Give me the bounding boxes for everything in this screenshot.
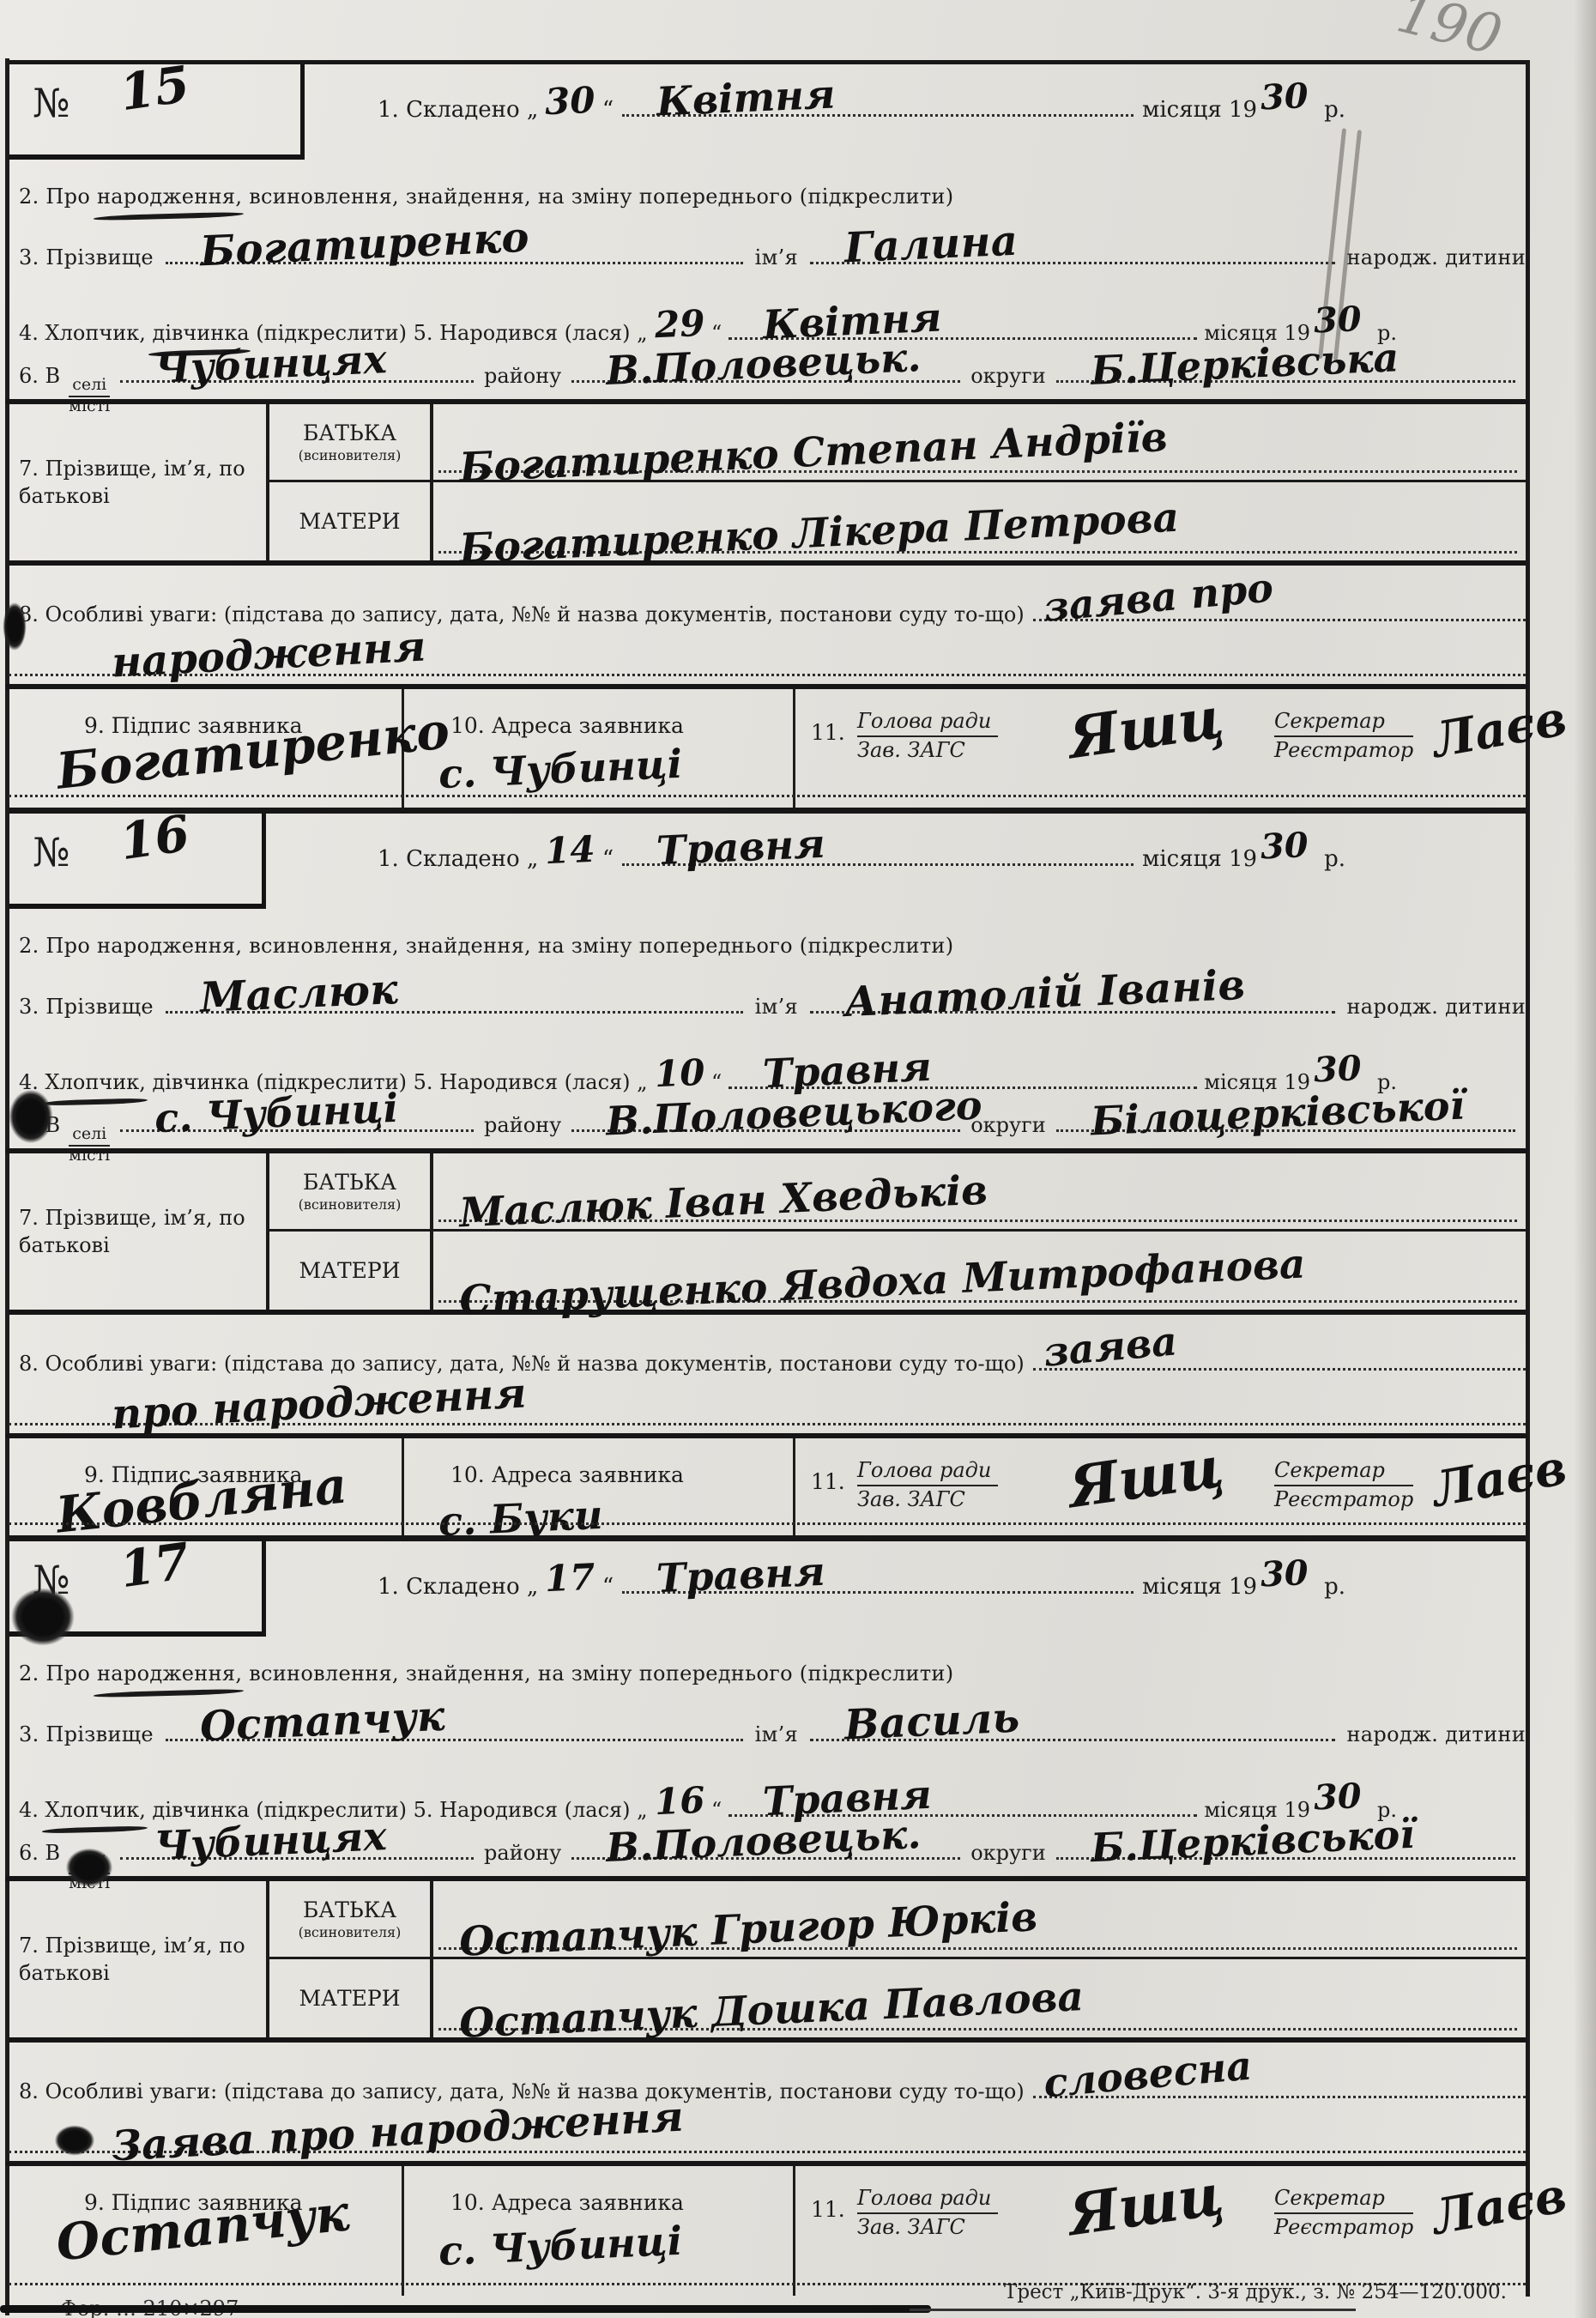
registrar-signature: Лаєв [1428,2167,1570,2246]
father-name: Остапчук Григор Юрків [458,1893,1038,1965]
composed-date-line: 1. Складено „ 30 “ Квітня місяця 19 30 р… [378,83,1345,125]
parents-label: 7. Прізвище, ім’я, по батькові [9,1153,266,1310]
head-signature: Яшц [1064,2161,1227,2248]
signatures-row: 9. Підпис заявника Богатиренко 10. Адрес… [9,689,1526,808]
event-word: народження, [97,1661,242,1686]
born-year: 30 [1313,1775,1375,1818]
composed-year: 30 [1260,75,1321,118]
birth-place: с. Чубинці [154,1085,399,1141]
head-of-council-label: Голова ради Зав. ЗАГС [857,2185,998,2240]
boy-word: Хлопчик, [45,1070,146,1094]
number-sign: № [33,829,70,875]
birth-place: Чубинцях [154,336,388,392]
mother-name: Остапчук Дошка Павлова [458,1973,1085,2048]
event-word: народження, [97,185,242,209]
child-surname: Остапчук [199,1692,446,1751]
remarks-line: 8. Особливі уваги: (підстава до запису, … [19,590,1526,626]
composed-month: Травня [656,820,826,875]
scan-bottom-edge-thin [910,2309,1356,2311]
parents-label: 7. Прізвище, ім’я, по батькові [9,404,266,560]
record-number: 15 [117,55,193,123]
ink-blot [3,1581,82,1653]
scan-bottom-edge [0,2305,931,2313]
head-signature: Яшц [1064,684,1227,772]
pencil-page-number: 190 [1391,0,1508,69]
parents-label: 7. Прізвище, ім’я, по батькові [9,1881,266,2037]
remarks-line: 8. Особливі уваги: (підстава до запису, … [19,2067,1526,2103]
birth-record-16: № 16 1. Складено „ 14 “ Травня місяця 19… [9,808,1526,1535]
applicant-address-label: 10. Адреса заявника [450,713,684,738]
signatures-row: 9. Підпис заявника Ковбляна 10. Адреса з… [9,1438,1526,1535]
remarks-line: 8. Особливі уваги: (підстава до запису, … [19,1339,1526,1376]
child-name: Анатолій Іванів [843,961,1246,1026]
parents-section: 7. Прізвище, ім’я, по батькові БАТЬКА (в… [9,1153,1526,1315]
composed-date-line: 1. Складено „ 14 “ Травня місяця 19 30 р… [378,832,1345,875]
printing-house-imprint: Трест „Київ-Друк“. 3-я друк., з. № 254—1… [1004,2281,1507,2303]
remarks: заява [1042,1317,1179,1375]
head-of-council-label: Голова ради Зав. ЗАГС [857,708,998,763]
applicant-address: с. Чубинці [438,741,683,797]
scanned-registry-page: 190 № 15 1. Складено „ 30 “ Квітня місяц… [0,0,1596,2318]
child-surname: Маслюк [199,965,399,1022]
composed-day: 14 [544,828,596,873]
record-number-box: № 16 [9,814,266,909]
record-number: 17 [117,1532,193,1600]
registrar-signature: Лаєв [1428,1439,1570,1518]
secretary-label: Секретар Реєстратор [1274,2185,1413,2240]
head-signature: Яшц [1064,1433,1227,1521]
composed-month: Травня [656,1548,826,1602]
born-year: 30 [1313,1047,1375,1090]
remarks-continued: про народження [111,1369,528,1438]
parents-section: 7. Прізвище, ім’я, по батькові БАТЬКА (в… [9,1881,1526,2043]
secretary-label: Секретар Реєстратор [1274,708,1413,763]
composed-year: 30 [1260,1552,1321,1595]
composed-day: 30 [544,79,596,124]
father-label: БАТЬКА [303,1897,396,1922]
father-label: БАТЬКА [303,1170,396,1195]
secretary-label: Секретар Реєстратор [1274,1457,1413,1512]
birth-place: Чубинцях [154,1813,388,1869]
composed-month: Квітня [656,70,837,124]
registrar-signature: Лаєв [1428,690,1570,769]
record-number: 16 [117,804,193,872]
signatures-row: 9. Підпис заявника Остапчук 10. Адреса з… [9,2166,1526,2296]
composed-day: 17 [544,1556,596,1601]
mother-name: Старущенко Явдоха Митрофанова [458,1241,1306,1325]
event-type-line: 2. Про народження, всиновлення, знайденн… [19,934,953,958]
remarks: заява про [1042,564,1275,630]
applicant-address-label: 10. Адреса заявника [450,2190,684,2215]
remarks: словесна [1042,2043,1254,2107]
girl-word: дівчинка [152,1070,249,1094]
child-name-line: 3. Прізвище Остапчук ім’я Василь народж.… [19,1710,1526,1746]
event-type-line: 2. Про народження, всиновлення, знайденн… [19,185,953,209]
father-name: Маслюк Іван Хведьків [458,1167,988,1238]
ink-blot [0,596,29,657]
remarks-continued: народження [111,622,427,687]
composed-year: 30 [1260,824,1321,867]
child-name-line: 3. Прізвище Богатиренко ім’я Галина наро… [19,233,1526,269]
mother-label: МАТЕРИ [269,1959,430,2037]
form-right-border [1526,60,1530,2297]
born-day: 10 [654,1051,706,1096]
applicant-address: с. Чубинці [438,2218,683,2274]
boy-word: Хлопчик, [45,1798,146,1822]
child-name-line: 3. Прізвище Маслюк ім’я Анатолій Іванів … [19,982,1526,1019]
event-word: народження, [97,934,242,958]
child-surname: Богатиренко [199,214,530,276]
child-name: Василь [843,1694,1021,1750]
boy-word: Хлопчик, [45,321,146,345]
head-of-council-label: Голова ради Зав. ЗАГС [857,1457,998,1512]
event-type-line: 2. Про народження, всиновлення, знайденн… [19,1661,953,1686]
number-sign: № [33,80,70,126]
born-day: 29 [654,302,706,347]
birth-record-15: № 15 1. Складено „ 30 “ Квітня місяця 19… [9,60,1526,808]
child-name: Галина [843,217,1019,273]
composed-date-line: 1. Складено „ 17 “ Травня місяця 19 30 р… [378,1560,1345,1602]
remarks-continued: Заява про народження [111,2093,685,2171]
mother-name: Богатиренко Лікера Петрова [458,494,1180,573]
record-number-box: № 15 [9,64,305,160]
father-name: Богатиренко Степан Андріїв [458,414,1168,492]
born-day: 16 [654,1779,706,1824]
mother-label: МАТЕРИ [269,1232,430,1310]
parents-section: 7. Прізвище, ім’я, по батькові БАТЬКА (в… [9,404,1526,566]
father-label: БАТЬКА [303,421,396,445]
applicant-address-label: 10. Адреса заявника [450,1462,684,1487]
birth-record-17: № 17 1. Складено „ 17 “ Травня місяця 19… [9,1535,1526,2296]
mother-label: МАТЕРИ [269,482,430,560]
